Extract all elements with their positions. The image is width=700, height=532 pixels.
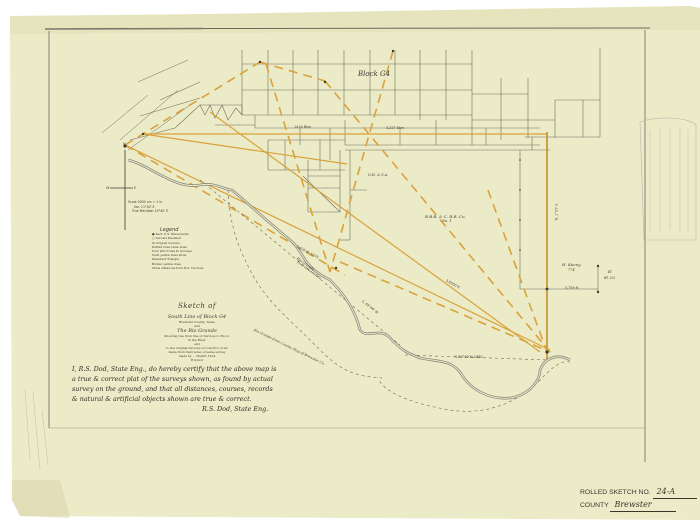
archive-stamp: ROLLED SKETCH NO. 24-A COUNTY Brewster xyxy=(580,486,697,512)
far-east-sublabel: Bl. G3 xyxy=(604,276,615,280)
certificate-line: survey on the ground, and that all dista… xyxy=(72,384,276,394)
county-label: COUNTY xyxy=(580,502,609,509)
dim-bottom: S.80°40'W 2880 xyxy=(455,355,483,359)
east-survey-sublabel: 774 xyxy=(568,268,575,272)
title-block: Sketch of South Line of Block G4 Brewste… xyxy=(132,302,262,362)
surveyor-signature: R.S. Dod, State Eng. xyxy=(202,404,276,414)
scale-line-3: True Meridian 10°40' E xyxy=(132,209,168,214)
east-survey-label: H. Keeny xyxy=(562,262,580,267)
survey-map-sheet: Block G4 G.H. & S.A. B.B.B. & C. R.R. Co… xyxy=(0,0,700,532)
map-drawing xyxy=(0,0,700,532)
rolled-sketch-number: 24-A xyxy=(653,486,697,499)
north-arrow-n: N xyxy=(123,142,126,146)
county-value: Brewster xyxy=(610,499,676,512)
north-arrow-w: W xyxy=(106,186,109,190)
far-east-label: El xyxy=(608,270,612,274)
gh-label: G.H. & S.A. xyxy=(368,173,388,177)
rolled-sketch-label: ROLLED SKETCH NO. xyxy=(580,489,651,496)
rr-sublabel: No. 1 xyxy=(442,219,452,223)
scale-line-1: Scale 2000 vrs = 1 in. xyxy=(128,200,168,205)
dim-east-bottom: 5,759 ft xyxy=(565,286,578,290)
title-line: Sketch of xyxy=(132,302,262,310)
dim-top2: 3,227 Bkm xyxy=(386,126,404,130)
block-label: Block G4 xyxy=(358,70,390,78)
legend: Legend ● Sect. U.S. Monuments ○ Corners … xyxy=(152,228,203,270)
certificate-line: I, R.S. Dod, State Eng., do hereby certi… xyxy=(72,364,276,374)
title-line: R.S.Dod xyxy=(132,358,262,362)
surveyor-certificate: I, R.S. Dod, State Eng., do hereby certi… xyxy=(72,364,276,414)
certificate-line: a true & correct plat of the surveys sho… xyxy=(72,374,276,384)
scale-note: Scale 2000 vrs = 1 in. Var. 11°40' E Tru… xyxy=(128,200,168,214)
paper-background xyxy=(10,6,700,520)
dim-east-vertical: N. 1°00' E xyxy=(555,203,559,220)
certificate-line: & natural & artificial objects shown are… xyxy=(72,394,276,404)
dim-top: 1416 Bkm xyxy=(294,125,311,129)
north-arrow-e: E xyxy=(134,186,136,190)
legend-item: Show distances from B.S. Tie lines xyxy=(152,266,203,270)
